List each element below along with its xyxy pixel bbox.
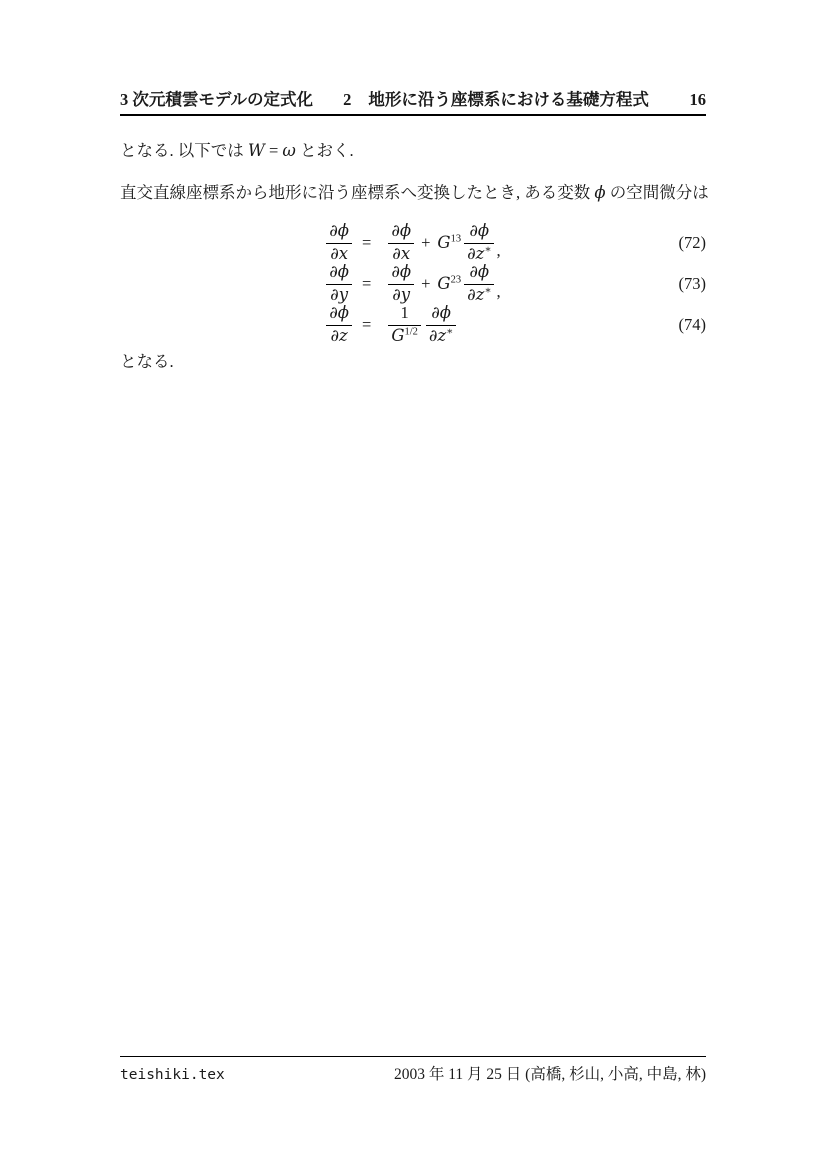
eq73-rhs: ∂ϕ ∂y + G23 ∂ϕ ∂z∗ , xyxy=(388,263,500,304)
header-rule xyxy=(120,114,706,116)
section-number: 2 xyxy=(343,90,351,110)
page-footer: teishiki.tex 2003 年 11 月 25 日 (高橋, 杉山, 小… xyxy=(120,1062,706,1084)
eq72-rhs: ∂ϕ ∂x + G13 ∂ϕ ∂z∗ , xyxy=(388,222,500,263)
eq74-rhs: 1 G1/2 ∂ϕ ∂z∗ xyxy=(388,304,456,345)
footer-filename: teishiki.tex xyxy=(120,1067,225,1083)
page-header: 3 次元積雲モデルの定式化 2 地形に沿う座標系における基礎方程式 16 xyxy=(120,86,706,116)
math-var-phi: ϕ xyxy=(594,183,605,202)
paragraph-1: となる. 以下では W = ω とおく. xyxy=(120,141,354,162)
eq73-rhs-fraction-1: ∂ϕ ∂y xyxy=(388,263,414,304)
eq73-lhs: ∂ϕ ∂y xyxy=(120,263,352,304)
eq72-plus-operator: + xyxy=(421,233,430,253)
math-var-w: W xyxy=(248,141,265,160)
equation-number-74: (74) xyxy=(679,315,707,335)
equation-74: ∂ϕ ∂z = 1 G1/2 ∂ϕ ∂z∗ (74) xyxy=(120,304,706,345)
eq72-rhs-fraction-2: ∂ϕ ∂z∗ xyxy=(464,222,494,263)
equation-73: ∂ϕ ∂y = ∂ϕ ∂y + G23 ∂ϕ ∂z∗ , (73) xyxy=(120,263,706,304)
eq74-lhs: ∂ϕ ∂z xyxy=(120,304,352,345)
eq74-rhs-fraction-2: ∂ϕ ∂z∗ xyxy=(426,304,456,345)
doc-title: 3 次元積雲モデルの定式化 xyxy=(120,86,313,110)
eq73-equals: = xyxy=(362,274,371,294)
paragraph-2-text: 直交直線座標系から地形に沿う座標系へ変換したとき, ある変数 xyxy=(120,183,594,202)
eq72-comma: , xyxy=(496,241,500,261)
equation-number-72: (72) xyxy=(679,233,707,253)
page-number: 16 xyxy=(690,90,707,110)
equation-72: ∂ϕ ∂x = ∂ϕ ∂x + G13 ∂ϕ ∂z∗ , (72) xyxy=(120,222,706,263)
eq74-lhs-fraction: ∂ϕ ∂z xyxy=(326,304,352,345)
eq72-rhs-fraction-1: ∂ϕ ∂x xyxy=(388,222,414,263)
paragraph-3: となる. xyxy=(120,352,174,373)
footer-date-authors: 2003 年 11 月 25 日 (高橋, 杉山, 小高, 中島, 林) xyxy=(394,1062,706,1084)
footer-rule xyxy=(120,1056,706,1057)
eq72-lhs: ∂ϕ ∂x xyxy=(120,222,352,263)
math-equals: = xyxy=(265,141,283,160)
eq74-rhs-fraction-1: 1 G1/2 xyxy=(388,304,421,345)
paragraph-1-text-end: とおく. xyxy=(296,141,354,160)
math-var-omega: ω xyxy=(282,141,295,160)
section-title: 地形に沿う座標系における基礎方程式 xyxy=(368,86,649,110)
eq72-metric-coefficient: G13 xyxy=(437,233,461,253)
eq74-equals: = xyxy=(362,315,371,335)
paragraph-2: 直交直線座標系から地形に沿う座標系へ変換したとき, ある変数 ϕ の空間微分は xyxy=(120,183,709,204)
eq73-rhs-fraction-2: ∂ϕ ∂z∗ xyxy=(464,263,494,304)
paragraph-1-text: となる. 以下では xyxy=(120,141,248,160)
running-head: 3 次元積雲モデルの定式化 2 地形に沿う座標系における基礎方程式 16 xyxy=(120,86,706,110)
eq73-lhs-fraction: ∂ϕ ∂y xyxy=(326,263,352,304)
eq73-plus-operator: + xyxy=(421,274,430,294)
paragraph-2-text-end: の空間微分は xyxy=(606,183,709,202)
eq73-metric-coefficient: G23 xyxy=(437,274,461,294)
eq72-equals: = xyxy=(362,233,371,253)
eq73-comma: , xyxy=(496,282,500,302)
equation-block: ∂ϕ ∂x = ∂ϕ ∂x + G13 ∂ϕ ∂z∗ , (72) ∂ϕ ∂y xyxy=(120,222,706,345)
eq72-lhs-fraction: ∂ϕ ∂x xyxy=(326,222,352,263)
equation-number-73: (73) xyxy=(679,274,707,294)
